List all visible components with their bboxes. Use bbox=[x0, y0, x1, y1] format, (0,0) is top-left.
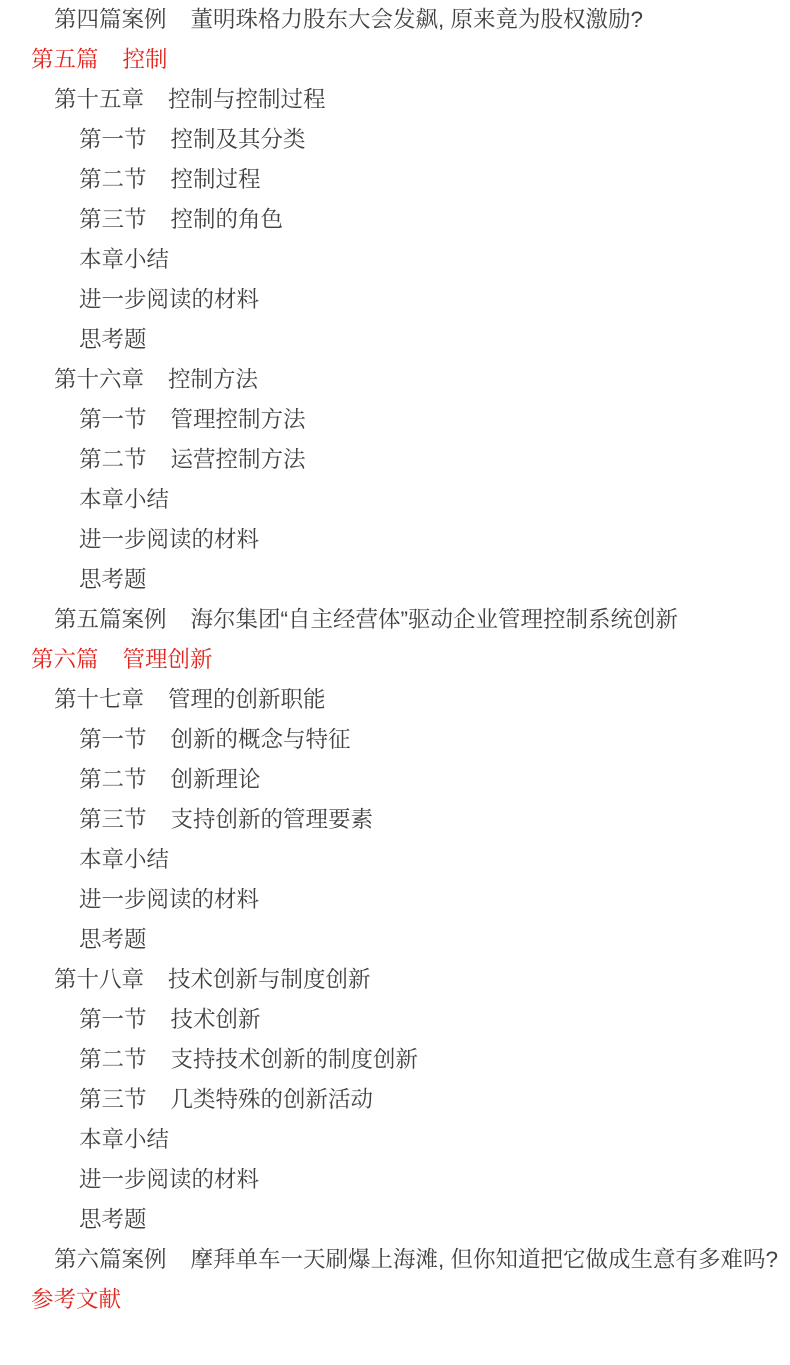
toc-list: 第四篇案例董明珠格力股东大会发飙, 原来竟为股权激励?第五篇控制第十五章控制与控… bbox=[0, 0, 790, 1320]
toc-item-title: 管理创新 bbox=[123, 640, 213, 680]
toc-item-label: 本章小结 bbox=[79, 1120, 169, 1160]
toc-item-sub: 进一步阅读的材料 bbox=[0, 520, 790, 560]
toc-item-label: 第十七章 bbox=[54, 680, 144, 720]
toc-item-sub: 思考题 bbox=[0, 320, 790, 360]
toc-item-title: 几类特殊的创新活动 bbox=[171, 1080, 374, 1120]
toc-item-title: 技术创新与制度创新 bbox=[168, 960, 371, 1000]
toc-item-label: 进一步阅读的材料 bbox=[79, 1160, 259, 1200]
toc-item-label: 第十五章 bbox=[54, 80, 144, 120]
toc-item-label: 本章小结 bbox=[79, 480, 169, 520]
toc-item-label: 第二节 bbox=[79, 440, 147, 480]
toc-item-label: 第一节 bbox=[79, 400, 147, 440]
toc-item-title: 控制方法 bbox=[168, 360, 258, 400]
toc-item-chapter: 第十八章技术创新与制度创新 bbox=[0, 960, 790, 1000]
toc-item-section: 第三节几类特殊的创新活动 bbox=[0, 1080, 790, 1120]
toc-item-sub: 进一步阅读的材料 bbox=[0, 1160, 790, 1200]
toc-item-sub: 本章小结 bbox=[0, 240, 790, 280]
toc-item-label: 第五篇案例 bbox=[54, 600, 167, 640]
toc-item-chapter: 第十五章控制与控制过程 bbox=[0, 80, 790, 120]
toc-item-sub: 进一步阅读的材料 bbox=[0, 280, 790, 320]
toc-item-label: 第一节 bbox=[79, 1000, 147, 1040]
toc-item-case: 第六篇案例摩拜单车一天刷爆上海滩, 但你知道把它做成生意有多难吗? bbox=[0, 1240, 790, 1280]
toc-item-chapter: 第十六章控制方法 bbox=[0, 360, 790, 400]
toc-item-section: 第二节创新理论 bbox=[0, 760, 790, 800]
toc-item-sub: 进一步阅读的材料 bbox=[0, 880, 790, 920]
toc-item-title: 管理的创新职能 bbox=[168, 680, 326, 720]
toc-item-label: 第六篇案例 bbox=[54, 1240, 167, 1280]
toc-item-chapter: 第十七章管理的创新职能 bbox=[0, 680, 790, 720]
toc-item-label: 第三节 bbox=[79, 200, 147, 240]
toc-item-title: 支持创新的管理要素 bbox=[171, 800, 374, 840]
toc-item-label: 第三节 bbox=[79, 800, 147, 840]
toc-item-section: 第二节运营控制方法 bbox=[0, 440, 790, 480]
toc-item-part: 第六篇管理创新 bbox=[0, 640, 790, 680]
toc-item-label: 思考题 bbox=[79, 560, 147, 600]
toc-item-label: 进一步阅读的材料 bbox=[79, 520, 259, 560]
toc-item-section: 第三节支持创新的管理要素 bbox=[0, 800, 790, 840]
toc-item-sub: 思考题 bbox=[0, 560, 790, 600]
toc-item-label: 思考题 bbox=[79, 1200, 147, 1240]
toc-item-label: 第四篇案例 bbox=[54, 0, 167, 40]
toc-item-label: 本章小结 bbox=[79, 840, 169, 880]
toc-item-title: 创新的概念与特征 bbox=[171, 720, 351, 760]
toc-item-section: 第一节管理控制方法 bbox=[0, 400, 790, 440]
toc-item-label: 第十六章 bbox=[54, 360, 144, 400]
toc-item-section: 第一节控制及其分类 bbox=[0, 120, 790, 160]
toc-item-sub: 本章小结 bbox=[0, 840, 790, 880]
toc-item-label: 第一节 bbox=[79, 120, 147, 160]
toc-item-label: 进一步阅读的材料 bbox=[79, 880, 259, 920]
toc-item-label: 本章小结 bbox=[79, 240, 169, 280]
toc-item-title: 摩拜单车一天刷爆上海滩, 但你知道把它做成生意有多难吗? bbox=[191, 1240, 779, 1280]
toc-item-title: 董明珠格力股东大会发飙, 原来竟为股权激励? bbox=[191, 0, 644, 40]
toc-item-label: 第二节 bbox=[79, 160, 147, 200]
toc-item-title: 控制与控制过程 bbox=[168, 80, 326, 120]
toc-item-label: 第五篇 bbox=[31, 40, 99, 80]
toc-item-title: 管理控制方法 bbox=[171, 400, 306, 440]
toc-item-title: 控制过程 bbox=[171, 160, 261, 200]
toc-item-sub: 思考题 bbox=[0, 920, 790, 960]
toc-item-label: 第三节 bbox=[79, 1080, 147, 1120]
toc-item-label: 思考题 bbox=[79, 920, 147, 960]
toc-item-title: 控制 bbox=[123, 40, 168, 80]
toc-item-title: 支持技术创新的制度创新 bbox=[171, 1040, 419, 1080]
toc-item-section: 第一节创新的概念与特征 bbox=[0, 720, 790, 760]
toc-item-case: 第四篇案例董明珠格力股东大会发飙, 原来竟为股权激励? bbox=[0, 0, 790, 40]
toc-item-label: 进一步阅读的材料 bbox=[79, 280, 259, 320]
toc-item-label: 参考文献 bbox=[31, 1280, 121, 1320]
toc-item-section: 第二节控制过程 bbox=[0, 160, 790, 200]
toc-item-case: 第五篇案例海尔集团“自主经营体”驱动企业管理控制系统创新 bbox=[0, 600, 790, 640]
toc-item-sub: 本章小结 bbox=[0, 1120, 790, 1160]
toc-item-section: 第二节支持技术创新的制度创新 bbox=[0, 1040, 790, 1080]
toc-item-part: 第五篇控制 bbox=[0, 40, 790, 80]
toc-item-title: 运营控制方法 bbox=[171, 440, 306, 480]
toc-item-title: 海尔集团“自主经营体”驱动企业管理控制系统创新 bbox=[191, 600, 679, 640]
toc-item-sub: 本章小结 bbox=[0, 480, 790, 520]
toc-item-label: 思考题 bbox=[79, 320, 147, 360]
toc-item-label: 第一节 bbox=[79, 720, 147, 760]
toc-item-title: 控制及其分类 bbox=[171, 120, 306, 160]
toc-item-title: 技术创新 bbox=[171, 1000, 261, 1040]
toc-item-title: 控制的角色 bbox=[171, 200, 284, 240]
toc-item-section: 第三节控制的角色 bbox=[0, 200, 790, 240]
toc-item-label: 第二节 bbox=[79, 760, 147, 800]
toc-item-label: 第六篇 bbox=[31, 640, 99, 680]
book-toc-page: 第四篇案例董明珠格力股东大会发飙, 原来竟为股权激励?第五篇控制第十五章控制与控… bbox=[0, 0, 790, 1365]
toc-item-section: 第一节技术创新 bbox=[0, 1000, 790, 1040]
toc-item-title: 创新理论 bbox=[171, 760, 261, 800]
toc-item-part: 参考文献 bbox=[0, 1280, 790, 1320]
toc-item-sub: 思考题 bbox=[0, 1200, 790, 1240]
toc-item-label: 第二节 bbox=[79, 1040, 147, 1080]
toc-item-label: 第十八章 bbox=[54, 960, 144, 1000]
